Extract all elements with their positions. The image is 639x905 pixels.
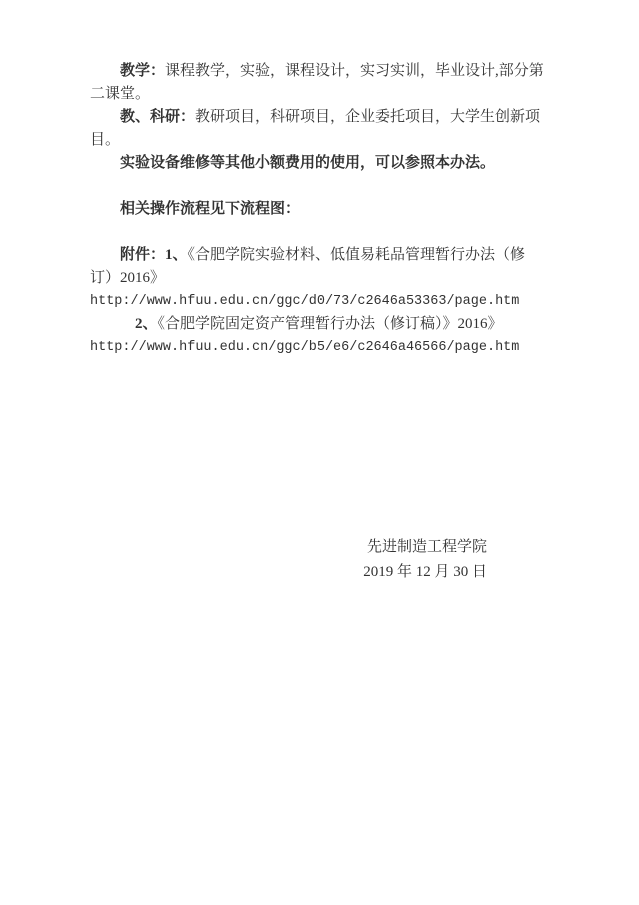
blank-line [90, 175, 580, 198]
document-body: 教学：课程教学，实验，课程设计，实习实训，毕业设计,部分第 二课堂。 教、科研：… [90, 60, 580, 359]
attachment2-number: 2、 [135, 316, 158, 332]
research-text-line1: 教研项目，科研项目，企业委托项目，大学生创新项 [195, 109, 540, 125]
attachment1-title-line1: 《合肥学院实验材料、低值易耗品管理暂行办法（修 [188, 247, 526, 263]
attachment2-line: 2、《合肥学院固定资产管理暂行办法（修订稿）》2016》 [90, 313, 580, 336]
attachment1-number: 1、 [165, 247, 188, 263]
paragraph-research-line1: 教、科研：教研项目，科研项目，企业委托项目，大学生创新项 [90, 106, 580, 129]
teaching-text-line1: 课程教学，实验，课程设计，实习实训，毕业设计,部分第 [165, 63, 544, 79]
attachment1-url: http://www.hfuu.edu.cn/ggc/d0/73/c2646a5… [90, 290, 580, 313]
attachment1-line2: 订）2016》 [90, 267, 580, 290]
maintenance-text: 实验设备维修等其他小额费用的使用，可以参照本办法。 [120, 155, 495, 171]
research-text-line2: 目。 [90, 132, 120, 148]
research-label: 教、科研： [120, 109, 195, 125]
paragraph-flowchart: 相关操作流程见下流程图： [90, 198, 580, 221]
paragraph-research-line2: 目。 [90, 129, 580, 152]
paragraph-maintenance: 实验设备维修等其他小额费用的使用，可以参照本办法。 [90, 152, 580, 175]
signature-date: 2019 年 12 月 30 日 [363, 560, 487, 585]
paragraph-teaching-line1: 教学：课程教学，实验，课程设计，实习实训，毕业设计,部分第 [90, 60, 580, 83]
blank-line [90, 221, 580, 244]
attachment1-line1: 附件：1、《合肥学院实验材料、低值易耗品管理暂行办法（修 [90, 244, 580, 267]
paragraph-teaching-line2: 二课堂。 [90, 83, 580, 106]
teaching-label: 教学： [120, 63, 165, 79]
attachment1-title-line2: 订）2016》 [90, 270, 165, 286]
attachments-label: 附件： [120, 247, 165, 263]
signature-block: 先进制造工程学院 2019 年 12 月 30 日 [363, 535, 487, 585]
teaching-text-line2: 二课堂。 [90, 86, 150, 102]
attachment2-url: http://www.hfuu.edu.cn/ggc/b5/e6/c2646a4… [90, 336, 580, 359]
attachment2-title: 《合肥学院固定资产管理暂行办法（修订稿）》2016》 [158, 316, 503, 332]
signature-organization: 先进制造工程学院 [363, 535, 487, 560]
flowchart-text: 相关操作流程见下流程图： [120, 201, 300, 217]
document-page: 教学：课程教学，实验，课程设计，实习实训，毕业设计,部分第 二课堂。 教、科研：… [0, 0, 639, 905]
